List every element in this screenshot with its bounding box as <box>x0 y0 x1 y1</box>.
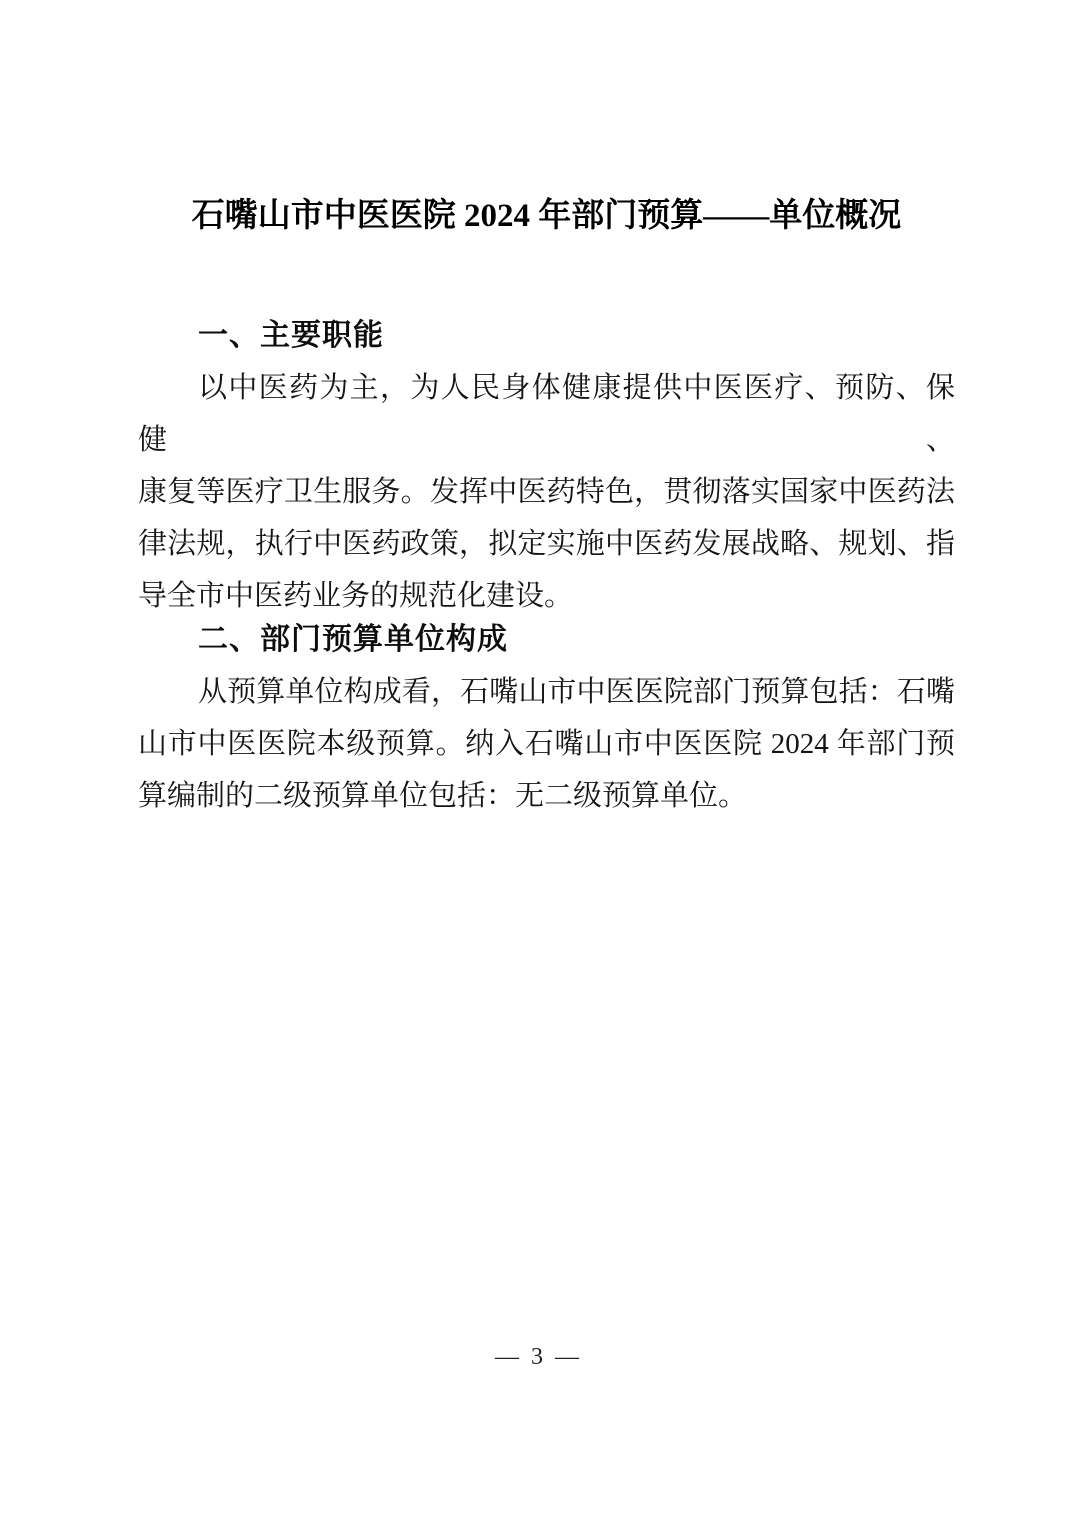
document-title: 石嘴山市中医医院 2024 年部门预算——单位概况 <box>138 194 955 238</box>
section-budget-unit-composition: 二、部门预算单位构成 从预算单位构成看，石嘴山市中医医院部门预算包括：石嘴 山市… <box>0 614 1074 822</box>
paragraph-line: 康复等医疗卫生服务。发挥中医药特色，贯彻落实国家中医药法 <box>138 466 955 518</box>
paragraph-line: 算编制的二级预算单位包括：无二级预算单位。 <box>138 770 955 822</box>
section-1-paragraph: 以中医药为主，为人民身体健康提供中医医疗、预防、保健、 康复等医疗卫生服务。发挥… <box>138 362 955 622</box>
section-2-paragraph: 从预算单位构成看，石嘴山市中医医院部门预算包括：石嘴 山市中医医院本级预算。纳入… <box>138 666 955 822</box>
section-main-functions: 一、主要职能 以中医药为主，为人民身体健康提供中医医疗、预防、保健、 康复等医疗… <box>0 310 1074 622</box>
paragraph-line: 从预算单位构成看，石嘴山市中医医院部门预算包括：石嘴 <box>138 666 955 718</box>
paragraph-line: 以中医药为主，为人民身体健康提供中医医疗、预防、保健、 <box>138 362 955 466</box>
paragraph-line: 山市中医医院本级预算。纳入石嘴山市中医医院 2024 年部门预 <box>138 718 955 770</box>
page-number: — 3 — <box>495 1344 579 1370</box>
section-1-heading: 一、主要职能 <box>138 310 955 362</box>
document-page: 石嘴山市中医医院 2024 年部门预算——单位概况 一、主要职能 以中医药为主，… <box>0 0 1074 1520</box>
paragraph-line: 律法规，执行中医药政策，拟定实施中医药发展战略、规划、指 <box>138 518 955 570</box>
page-footer: — 3 — <box>0 1342 1074 1372</box>
